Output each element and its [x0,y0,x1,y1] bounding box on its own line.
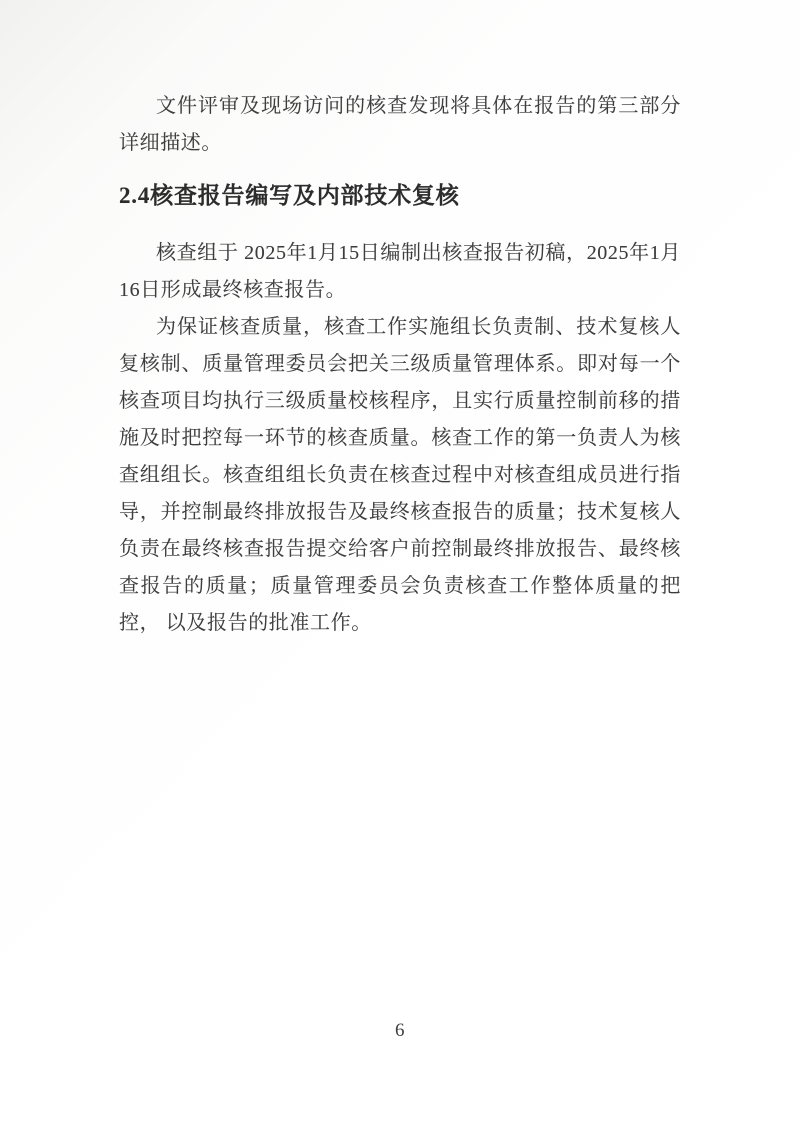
paragraph-file-review-findings: 文件评审及现场访问的核查发现将具体在报告的第三部分详细描述。 [119,88,681,162]
document-content: 文件评审及现场访问的核查发现将具体在报告的第三部分详细描述。 2.4核查报告编写… [119,88,681,642]
paragraph-quality-management: 为保证核查质量，核查工作实施组长负责制、技术复核人复核制、质量管理委员会把关三级… [119,309,681,642]
document-page: 文件评审及现场访问的核查发现将具体在报告的第三部分详细描述。 2.4核查报告编写… [0,0,800,1131]
section-heading-2-4: 2.4核查报告编写及内部技术复核 [119,181,681,211]
paragraph-report-dates: 核查组于 2025年1月15日编制出核查报告初稿，2025年1月16日形成最终核… [119,235,681,309]
page-number: 6 [0,1020,800,1042]
